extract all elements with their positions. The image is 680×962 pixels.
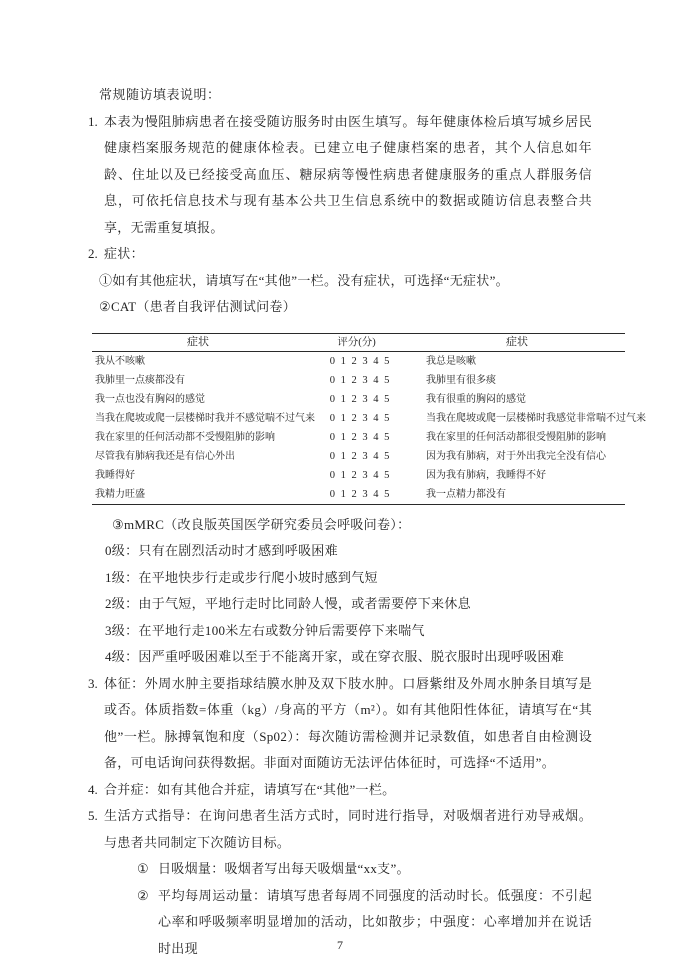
table-row: 我肺里一点痰都没有 0 1 2 3 4 5 我肺里有很多痰 <box>92 371 625 390</box>
cat-symptom-left: 我从不咳嗽 <box>92 352 307 371</box>
mmrc-intro: ③mMRC（改良版英国医学研究委员会呼吸问卷）： <box>112 512 592 539</box>
header-symptom-right: 症状 <box>409 334 625 351</box>
cat-score-scale: 0 1 2 3 4 5 <box>307 447 412 466</box>
cat-questionnaire-table: 症状 评分(分) 症状 我从不咳嗽 0 1 2 3 4 5 我总是咳嗽 我肺里一… <box>92 333 625 505</box>
item-text: 合并症：如有其他合并症，请填写在“其他”一栏。 <box>104 777 592 804</box>
cat-symptom-left: 我一点也没有胸闷的感觉 <box>92 390 307 409</box>
cat-symptom-left: 我肺里一点痰都没有 <box>92 371 307 390</box>
cat-symptom-right: 当我在爬坡或爬一层楼梯时我感觉非常喘不过气来 <box>412 409 646 428</box>
table-row: 我从不咳嗽 0 1 2 3 4 5 我总是咳嗽 <box>92 352 625 371</box>
sub-item-text: 日吸烟量：吸烟者写出每天吸烟量“xx支”。 <box>158 856 592 883</box>
list-item-2: 2. 症状： <box>88 241 592 268</box>
cat-symptom-right: 我在家里的任何活动都很受慢阻肺的影响 <box>412 428 625 447</box>
mmrc-level-2: 2级：由于气短，平地行走时比同龄人慢，或者需要停下来休息 <box>105 591 592 618</box>
item-2-subline-2: ②CAT（患者自我评估测试问卷） <box>99 294 592 321</box>
page-title: 常规随访填表说明： <box>99 82 592 109</box>
cat-symptom-right: 我有很重的胸闷的感觉 <box>412 390 625 409</box>
cat-score-scale: 0 1 2 3 4 5 <box>307 371 412 390</box>
cat-symptom-left: 我睡得好 <box>92 466 307 485</box>
mmrc-level-4: 4级：因严重呼吸困难以至于不能离开家，或在穿衣服、脱衣服时出现呼吸困难 <box>105 644 592 671</box>
list-item-3: 3. 体征：外周水肿主要指球结膜水肿及双下肢水肿。口唇紫绀及外周水肿条目填写是或… <box>88 671 592 777</box>
cat-score-scale: 0 1 2 3 4 5 <box>307 409 412 428</box>
cat-symptom-left: 当我在爬坡或爬一层楼梯时我并不感觉喘不过气来 <box>92 409 307 428</box>
item-text: 体征：外周水肿主要指球结膜水肿及双下肢水肿。口唇紫绀及外周水肿条目填写是或否。体… <box>104 671 592 777</box>
list-item-4: 4. 合并症：如有其他合并症，请填写在“其他”一栏。 <box>88 777 592 804</box>
cat-symptom-right: 我总是咳嗽 <box>412 352 625 371</box>
list-item-1: 1. 本表为慢阻肺病患者在接受随访服务时由医生填写。每年健康体检后填写城乡居民健… <box>88 109 592 242</box>
circled-number-1: ① <box>137 856 158 883</box>
table-row: 我在家里的任何活动都不受慢阻肺的影响 0 1 2 3 4 5 我在家里的任何活动… <box>92 428 625 447</box>
item-number: 5. <box>88 803 104 856</box>
document-page: 常规随访填表说明： 1. 本表为慢阻肺病患者在接受随访服务时由医生填写。每年健康… <box>0 0 680 962</box>
cat-symptom-left: 尽管我有肺病我还是有信心外出 <box>92 447 307 466</box>
table-row: 我一点也没有胸闷的感觉 0 1 2 3 4 5 我有很重的胸闷的感觉 <box>92 390 625 409</box>
mmrc-level-3: 3级：在平地行走100米左右或数分钟后需要停下来喘气 <box>105 618 592 645</box>
cat-symptom-right: 我一点精力都没有 <box>412 485 625 504</box>
item-number: 3. <box>88 671 104 777</box>
cat-symptom-right: 因为我有肺病，我睡得不好 <box>412 466 625 485</box>
cat-symptom-left: 我精力旺盛 <box>92 485 307 504</box>
cat-score-scale: 0 1 2 3 4 5 <box>307 485 412 504</box>
table-row: 我睡得好 0 1 2 3 4 5 因为我有肺病，我睡得不好 <box>92 466 625 485</box>
item-5-sub-1: ① 日吸烟量：吸烟者写出每天吸烟量“xx支”。 <box>137 856 592 883</box>
page-content: 常规随访填表说明： 1. 本表为慢阻肺病患者在接受随访服务时由医生填写。每年健康… <box>88 0 592 962</box>
item-text: 本表为慢阻肺病患者在接受随访服务时由医生填写。每年健康体检后填写城乡居民健康档案… <box>104 109 592 242</box>
item-number: 1. <box>88 109 104 242</box>
item-number: 4. <box>88 777 104 804</box>
item-text: 生活方式指导：在询问患者生活方式时，同时进行指导，对吸烟者进行劝导戒烟。与患者共… <box>104 803 592 856</box>
table-header-row: 症状 评分(分) 症状 <box>92 334 625 352</box>
cat-symptom-left: 我在家里的任何活动都不受慢阻肺的影响 <box>92 428 307 447</box>
list-item-5: 5. 生活方式指导：在询问患者生活方式时，同时进行指导，对吸烟者进行劝导戒烟。与… <box>88 803 592 856</box>
mmrc-level-0: 0级：只有在剧烈活动时才感到呼吸困难 <box>105 538 592 565</box>
cat-score-scale: 0 1 2 3 4 5 <box>307 428 412 447</box>
item-2-subline-1: ①如有其他症状，请填写在“其他”一栏。没有症状，可选择“无症状”。 <box>99 268 592 295</box>
cat-score-scale: 0 1 2 3 4 5 <box>307 352 412 371</box>
table-row: 我精力旺盛 0 1 2 3 4 5 我一点精力都没有 <box>92 485 625 504</box>
cat-symptom-right: 我肺里有很多痰 <box>412 371 625 390</box>
cat-symptom-right: 因为我有肺病，对于外出我完全没有信心 <box>412 447 625 466</box>
item-text: 症状： <box>104 241 592 268</box>
header-symptom-left: 症状 <box>92 334 304 351</box>
cat-score-scale: 0 1 2 3 4 5 <box>307 466 412 485</box>
table-row: 尽管我有肺病我还是有信心外出 0 1 2 3 4 5 因为我有肺病，对于外出我完… <box>92 447 625 466</box>
header-score: 评分(分) <box>304 334 409 351</box>
item-number: 2. <box>88 241 104 268</box>
cat-score-scale: 0 1 2 3 4 5 <box>307 390 412 409</box>
page-number: 7 <box>0 935 680 955</box>
table-row: 当我在爬坡或爬一层楼梯时我并不感觉喘不过气来 0 1 2 3 4 5 当我在爬坡… <box>92 409 625 428</box>
mmrc-level-1: 1级：在平地快步行走或步行爬小坡时感到气短 <box>105 565 592 592</box>
